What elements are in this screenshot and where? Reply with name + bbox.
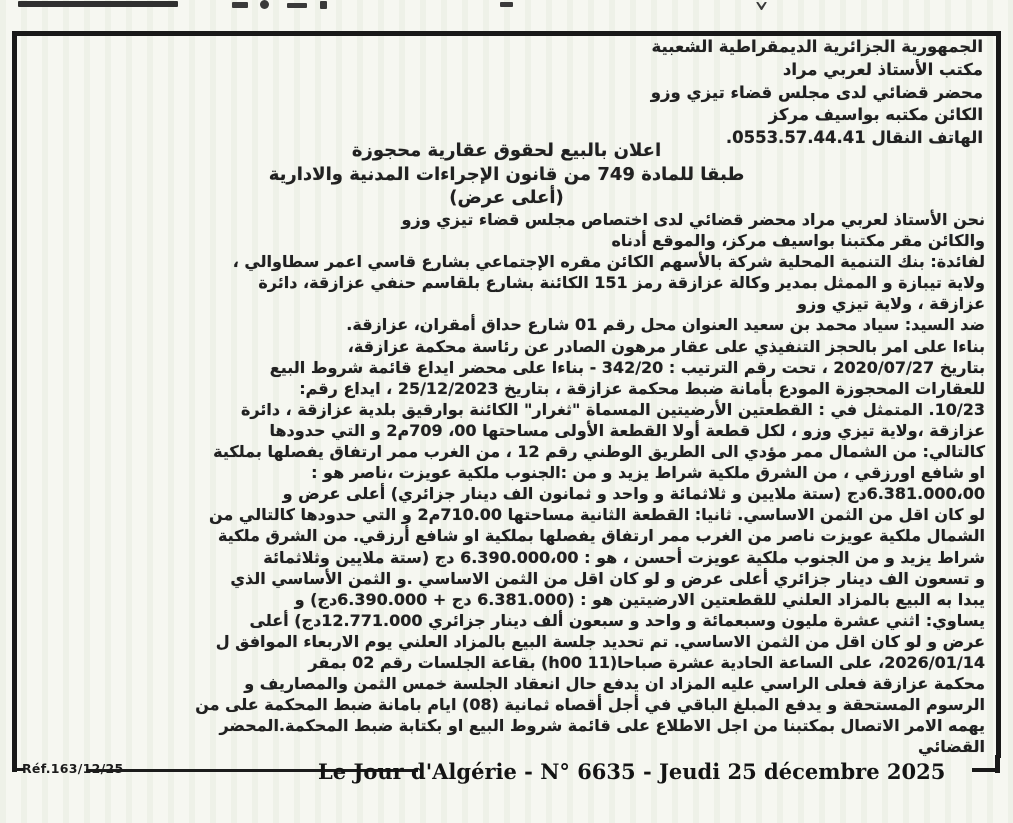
notice-body-line: 6.381.000،00دج (ستة ملايين و ثلاثمائة و … [18, 483, 985, 504]
notice-body-line: يهمه الامر الاتصال بمكتبنا من اجل الاطلا… [18, 715, 985, 736]
notice-body-line: ضد السيد: سياد محمد بن سعيد العنوان محل … [18, 314, 985, 335]
office-header-line: مكتب الأستاذ لعربي مراد [651, 59, 983, 82]
notice-body-line: 10/23. المتمثل في : القطعتين الأرضيتين ا… [18, 399, 985, 420]
cropped-print-remnant [18, 1, 178, 7]
notice-body-line: عرض و لو كان اقل من الثمن الاساسي. تم تح… [18, 631, 985, 652]
notice-body-line: عزازقة ، ولاية تيزي وزو [18, 293, 985, 314]
scanned-notice-page: الجمهورية الجزائرية الديمقراطية الشعبيةم… [0, 0, 1013, 823]
office-header-block: الجمهورية الجزائرية الديمقراطية الشعبيةم… [651, 36, 983, 150]
newspaper-footer-line: Le Jour d'Algérie - N° 6635 - Jeudi 25 d… [318, 759, 913, 784]
notice-body: نحن الأستاذ لعربي مراد محضر قضائي لدى اخ… [18, 209, 985, 757]
notice-body-line: و تسعون الف دينار جزائري أعلى عرض و لو ك… [18, 568, 985, 589]
office-header-line: محضر قضائي لدى مجلس قضاء تيزي وزو [651, 82, 983, 105]
cropped-print-remnant [500, 2, 513, 7]
notice-body-line: القضائي [18, 736, 985, 757]
notice-body-line: لفائدة: بنك التنمية المحلية شركة بالأسهم… [18, 251, 985, 272]
cropped-print-remnant [232, 2, 248, 8]
notice-body-line: بناءا على امر بالحجز التنفيذي على عقار م… [18, 336, 985, 357]
notice-body-line: 2026/01/14، على الساعة الحادية عشرة صباح… [18, 652, 985, 673]
notice-body-line: عزازقة ،ولاية تيزي وزو ، لكل قطعة أولا ا… [18, 420, 985, 441]
notice-title-block: اعلان بالبيع لحقوق عقارية محجوزة طبقا لل… [12, 139, 1001, 210]
notice-body-line: بتاريخ 2020/07/27 ، تحت رقم الترتيب : 34… [18, 357, 985, 378]
notice-body-line: او شافع اورزقي ، من الشرق ملكية شراط يزي… [18, 462, 985, 483]
notice-body-line: الرسوم المستحقة و يدفع المبلغ الباقي في … [18, 694, 985, 715]
notice-body-line: نحن الأستاذ لعربي مراد محضر قضائي لدى اخ… [18, 209, 985, 230]
notice-body-line: والكائن مقر مكتبنا بواسيف مركز، والموقع … [18, 230, 985, 251]
cropped-print-remnant [260, 0, 269, 9]
cropped-print-remnant [756, 2, 767, 10]
office-header-line: الجمهورية الجزائرية الديمقراطية الشعبية [651, 36, 983, 59]
notice-body-line: ولاية تيبازة و الممثل بمدير وكالة عزازقة… [18, 272, 985, 293]
office-header-line: الكائن مكتبه بواسيف مركز [651, 104, 983, 127]
notice-body-line: لو كان اقل من الثمن الاساسي. ثانيا: القط… [18, 504, 985, 525]
notice-body-line: شراط يزيد و من الجنوب ملكية عويزت أحسن ،… [18, 547, 985, 568]
legal-basis-line: طبقا للمادة 749 من قانون الإجراءات المدن… [12, 163, 1001, 187]
notice-body-line: الشمال ملكية عويزت ناصر من الغرب ممر ارت… [18, 525, 985, 546]
notice-title: اعلان بالبيع لحقوق عقارية محجوزة [12, 139, 1001, 163]
notice-body-line: يبدا به البيع بالمزاد العلني للقطعتين ال… [18, 589, 985, 610]
notice-body-line: كالتالي: من الشمال ممر مؤدي الى الطريق ا… [18, 441, 985, 462]
cropped-print-remnant [287, 3, 307, 8]
highest-bid-note: (أعلى عرض) [12, 186, 1001, 210]
notice-body-line: محكمة عزازقة فعلى الراسي عليه المزاد ان … [18, 673, 985, 694]
cropped-print-remnant [320, 1, 327, 9]
border-corner-mark [972, 768, 1000, 772]
notice-body-line: للعقارات المحجوزة المودع بأمانة ضبط محكم… [18, 378, 985, 399]
notice-body-line: يساوي: اثني عشرة مليون وسبعمائة و واحد و… [18, 610, 985, 631]
